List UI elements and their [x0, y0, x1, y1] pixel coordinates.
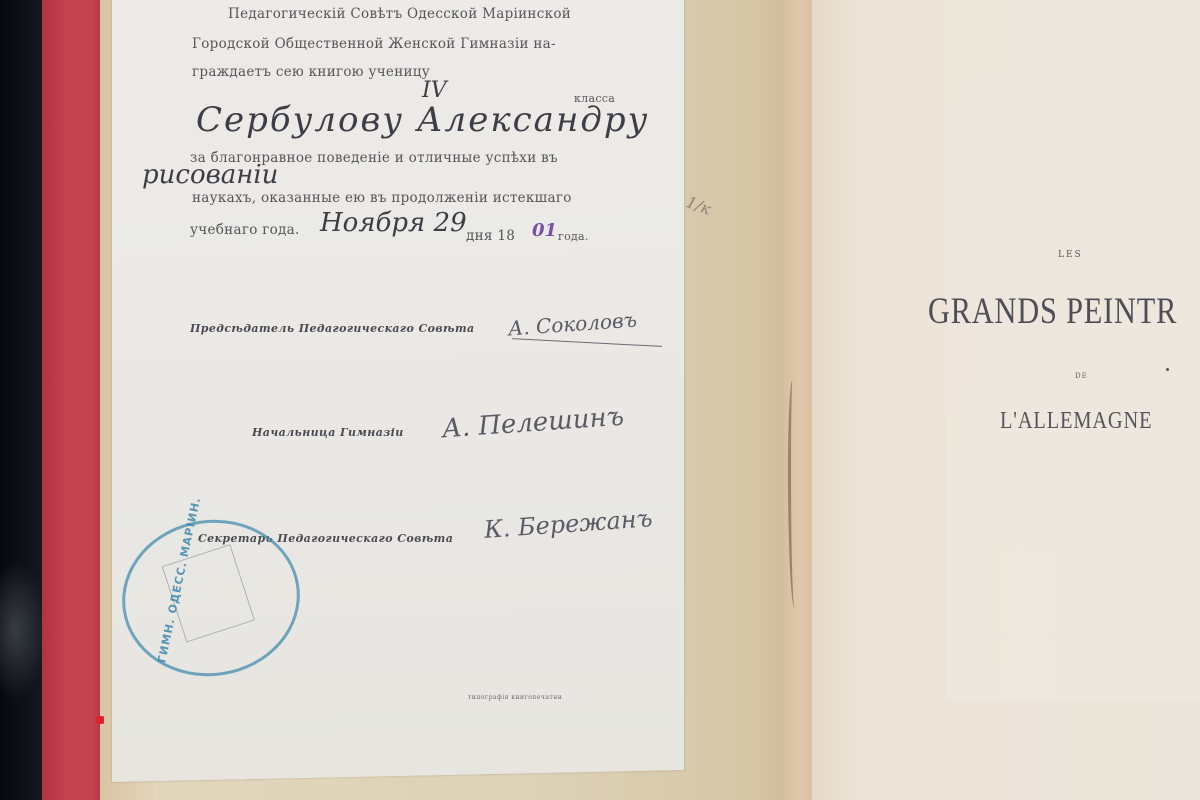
- printed-line-2: Городской Общественной Женской Гимназіи …: [192, 36, 556, 52]
- title-connector: DE: [1075, 372, 1088, 380]
- award-certificate: Педагогическій Совѣтъ Одесской Маріинско…: [112, 0, 684, 782]
- signature-underline: [512, 338, 662, 347]
- printed-year-label: года.: [558, 230, 589, 243]
- printed-line-1: Педагогическій Совѣтъ Одесской Маріинско…: [228, 6, 571, 22]
- printed-line-6: наукахъ, оказанные ею въ продолженіи ист…: [192, 190, 572, 206]
- title-pre: LES: [1058, 250, 1083, 260]
- chairman-label: Предсѣдатель Педагогическаго Совѣта: [190, 322, 475, 335]
- title-country: L'ALLEMAGNE: [1000, 408, 1152, 435]
- book-title: GRANDS PEINTR: [928, 290, 1177, 333]
- student-name: Сербулову Александру: [196, 100, 649, 140]
- printed-line-7: учебнаго года.: [190, 222, 300, 238]
- headmistress-label: Начальница Гимназіи: [252, 426, 404, 439]
- printed-line-3: граждаетъ сею книгою ученицу: [192, 64, 430, 80]
- red-cloth-cover-edge: [42, 0, 106, 800]
- title-dot: [1166, 368, 1169, 371]
- printer-imprint: типографія книгопечатни: [468, 694, 562, 701]
- printed-day-year: дня 18: [466, 228, 515, 244]
- chairman-signature: А. Соколовъ: [507, 308, 637, 341]
- subject-note: рисованіи: [142, 160, 278, 190]
- background-reflection: [0, 560, 48, 700]
- headmistress-signature: А. Пелешинъ: [441, 402, 625, 445]
- red-mark: [96, 716, 104, 724]
- year-suffix: 01: [532, 220, 557, 241]
- secretary-signature: К. Бережанъ: [483, 504, 653, 544]
- gutter-crease: [788, 380, 799, 608]
- title-page-shading: [946, 0, 1200, 700]
- award-date: Ноября 29: [320, 208, 467, 238]
